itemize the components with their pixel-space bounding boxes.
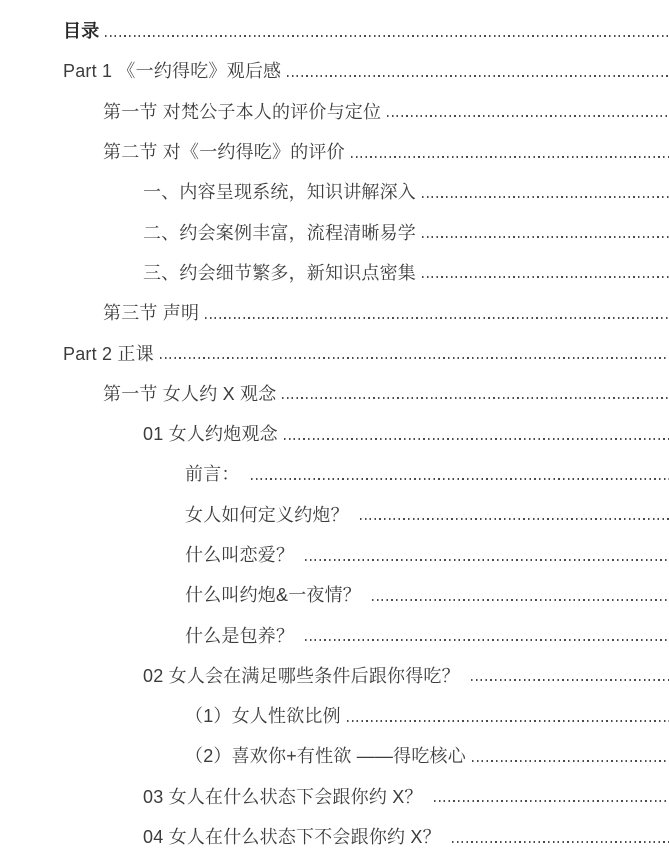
toc-entry[interactable]: 02 女人会在满足哪些条件后跟你得吃？ [0,655,669,695]
toc-entry-label: 第一节 对梵公子本人的评价与定位 [103,98,381,124]
toc-entry[interactable]: 第一节 女人约 X 观念 [0,373,669,413]
toc-entry-label: 03 女人在什么状态下会跟你约 X？ [143,783,428,809]
dot-leader [205,317,669,319]
toc-entry-label: （1）女人性欲比例 [185,702,341,728]
toc-entry-label: 女人如何定义约炮？ [185,501,354,527]
dot-leader [282,397,669,399]
toc-entry-label: 第二节 对《一约得吃》的评价 [103,138,345,164]
toc-entry[interactable]: 03 女人在什么状态下会跟你约 X？ [0,776,669,816]
toc-entry-label: Part 2 正课 [63,340,154,366]
toc-entry-label: 第三节 声明 [103,299,199,325]
toc-entry-label: 什么叫约炮&一夜情？ [185,581,366,607]
dot-leader [105,35,669,37]
toc-entry[interactable]: Part 2 正课 [0,332,669,372]
toc-entry[interactable]: 第三节 声明 [0,292,669,332]
dot-leader [372,599,669,601]
dot-leader [360,518,669,520]
toc-entry-label: Part 1 《一约得吃》观后感 [63,57,281,83]
toc-entry[interactable]: 什么叫恋爱？ [0,534,669,574]
toc-entry[interactable]: 目录 [0,10,669,50]
dot-leader [251,478,669,480]
toc-entry-label: 第一节 女人约 X 观念 [103,380,276,406]
dot-leader [284,438,669,440]
toc-entry-label: 什么叫恋爱？ [185,541,299,567]
dot-leader [387,115,669,117]
toc-entry-label: 一、内容呈现系统，知识讲解深入 [143,178,416,204]
dot-leader [305,559,669,561]
toc-entry-label: 三、约会细节繁多，新知识点密集 [143,259,416,285]
toc-entry-label: 二、约会案例丰富，流程清晰易学 [143,219,416,245]
toc-entry[interactable]: 04 女人在什么状态下不会跟你约 X？ [0,816,669,856]
toc-entry[interactable]: （1）女人性欲比例 [0,695,669,735]
dot-leader [305,639,669,641]
toc-entry[interactable]: 三、约会细节繁多，新知识点密集 [0,252,669,292]
toc-entry-label: 目录 [63,17,99,43]
toc-entry-label: 04 女人在什么状态下不会跟你约 X？ [143,823,446,849]
toc-entry[interactable]: Part 1 《一约得吃》观后感 [0,50,669,90]
toc-entry[interactable]: 01 女人约炮观念 [0,413,669,453]
document-page: 目录Part 1 《一约得吃》观后感第一节 对梵公子本人的评价与定位第二节 对《… [0,0,669,863]
toc-entry-label: 前言： [185,460,245,486]
dot-leader [422,276,669,278]
dot-leader [287,75,669,77]
toc-entry[interactable]: 二、约会案例丰富，流程清晰易学 [0,211,669,251]
toc-entry-label: 01 女人约炮观念 [143,420,278,446]
dot-leader [434,800,669,802]
dot-leader [452,841,669,843]
toc-entry[interactable]: 什么是包养？ [0,614,669,654]
dot-leader [471,679,669,681]
toc-entry[interactable]: 女人如何定义约炮？ [0,494,669,534]
dot-leader [422,236,669,238]
dot-leader [160,357,669,359]
toc-entry[interactable]: 第一节 对梵公子本人的评价与定位 [0,91,669,131]
toc-entry[interactable]: 一、内容呈现系统，知识讲解深入 [0,171,669,211]
table-of-contents: 目录Part 1 《一约得吃》观后感第一节 对梵公子本人的评价与定位第二节 对《… [0,0,669,856]
dot-leader [351,156,669,158]
toc-entry[interactable]: （2）喜欢你+有性欲 ——得吃核心 [0,735,669,775]
toc-entry-label: 什么是包养？ [185,622,299,648]
toc-entry[interactable]: 前言： [0,453,669,493]
dot-leader [472,760,669,762]
dot-leader [347,720,669,722]
toc-entry-label: （2）喜欢你+有性欲 ——得吃核心 [185,742,466,768]
toc-entry[interactable]: 什么叫约炮&一夜情？ [0,574,669,614]
toc-entry[interactable]: 第二节 对《一约得吃》的评价 [0,131,669,171]
dot-leader [422,196,669,198]
toc-entry-label: 02 女人会在满足哪些条件后跟你得吃？ [143,662,465,688]
